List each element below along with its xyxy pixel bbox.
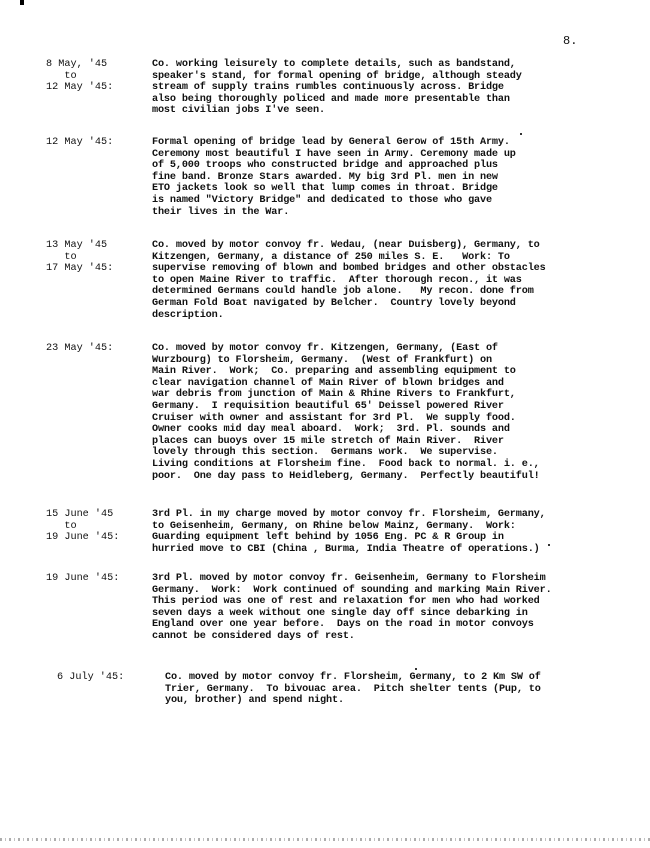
text-line: clear navigation channel of Main River o… xyxy=(152,378,540,390)
text-line: Kitzengen, Germany, a distance of 250 mi… xyxy=(152,252,546,264)
text-line: Germany. I requisition beautiful 65' Dei… xyxy=(152,401,540,413)
text-line: is named "Victory Bridge" and dedicated … xyxy=(152,195,516,207)
text-line: also being thoroughly policed and made m… xyxy=(152,94,522,106)
entry-text: Co. moved by motor convoy fr. Kitzengen,… xyxy=(152,343,540,482)
text-line: Co. moved by motor convoy fr. Wedau, (ne… xyxy=(152,240,546,252)
text-line: This period was one of rest and relaxati… xyxy=(152,596,552,608)
text-line: Cruiser with owner and assistant for 3rd… xyxy=(152,413,540,425)
date-line: 8 May, '45 xyxy=(46,59,113,71)
scan-mark xyxy=(20,0,24,5)
entry-date: 8 May, '45 to12 May '45: xyxy=(46,59,113,94)
text-line: Co. moved by motor convoy fr. Kitzengen,… xyxy=(152,343,540,355)
entry-text: Co. moved by motor convoy fr. Wedau, (ne… xyxy=(152,240,546,321)
text-line: Trier, Germany. To bivouac area. Pitch s… xyxy=(165,684,541,696)
text-line: ETO jackets look so well that lump comes… xyxy=(152,183,516,195)
scan-speck xyxy=(520,133,522,135)
text-line: to Geisenheim, Germany, on Rhine below M… xyxy=(152,521,546,533)
text-line: most civilian jobs I've seen. xyxy=(152,105,522,117)
text-line: hurried move to CBI (China , Burma, Indi… xyxy=(152,544,546,556)
entry-text: Co. working leisurely to complete detail… xyxy=(152,59,522,117)
date-line: 17 May '45: xyxy=(46,263,113,275)
entry-date: 12 May '45: xyxy=(46,137,113,149)
text-line: Co. moved by motor convoy fr. Florsheim,… xyxy=(165,672,541,684)
date-line: 12 May '45: xyxy=(46,82,113,94)
scan-edge-noise xyxy=(0,838,650,841)
entry-date: 6 July '45: xyxy=(57,672,124,684)
text-line: their lives in the War. xyxy=(152,207,516,219)
entry-date: 13 May '45 to17 May '45: xyxy=(46,240,113,275)
page-number: 8. xyxy=(563,34,577,48)
entry-text: Co. moved by motor convoy fr. Florsheim,… xyxy=(165,672,541,707)
text-line: war debris from junction of Main & Rhine… xyxy=(152,389,540,401)
text-line: description. xyxy=(152,310,546,322)
text-line: places can buoys over 15 mile stretch of… xyxy=(152,436,540,448)
text-line: Living conditions at Florsheim fine. Foo… xyxy=(152,459,540,471)
text-line: fine band. Bronze Stars awarded. My big … xyxy=(152,172,516,184)
date-line: 13 May '45 xyxy=(46,240,113,252)
text-line: Co. working leisurely to complete detail… xyxy=(152,59,522,71)
text-line: of 5,000 troops who constructed bridge a… xyxy=(152,160,516,172)
text-line: Wurzbourg) to Florsheim, Germany. (West … xyxy=(152,355,540,367)
text-line: to open Maine River to traffic. After th… xyxy=(152,275,546,287)
text-line: Ceremony most beautiful I have seen in A… xyxy=(152,149,516,161)
date-line: 12 May '45: xyxy=(46,137,113,149)
text-line: poor. One day pass to Heidleberg, German… xyxy=(152,471,540,483)
date-line: 19 June '45: xyxy=(46,532,119,544)
scan-speck xyxy=(415,668,417,670)
text-line: England over one year before. Days on th… xyxy=(152,619,552,631)
date-line: to xyxy=(46,71,113,83)
scan-speck xyxy=(548,544,550,546)
date-line: 15 June '45 xyxy=(46,509,119,521)
text-line: 3rd Pl. in my charge moved by motor conv… xyxy=(152,509,546,521)
entry-date: 23 May '45: xyxy=(46,343,113,355)
text-line: you, brother) and spend night. xyxy=(165,695,541,707)
entry-text: Formal opening of bridge lead by General… xyxy=(152,137,516,218)
date-line: to xyxy=(46,252,113,264)
text-line: Germany. Work: Work continued of soundin… xyxy=(152,585,552,597)
entry-date: 15 June '45 to19 June '45: xyxy=(46,509,119,544)
text-line: 3rd Pl. moved by motor convoy fr. Geisen… xyxy=(152,573,552,585)
text-line: German Fold Boat navigated by Belcher. C… xyxy=(152,298,546,310)
text-line: Main River. Work; Co. preparing and asse… xyxy=(152,366,540,378)
text-line: speaker's stand, for formal opening of b… xyxy=(152,71,522,83)
entry-text: 3rd Pl. in my charge moved by motor conv… xyxy=(152,509,546,555)
entry-date: 19 June '45: xyxy=(46,573,119,585)
text-line: cannot be considered days of rest. xyxy=(152,631,552,643)
text-line: seven days a week without one single day… xyxy=(152,608,552,620)
text-line: lovely through this section. Germans wor… xyxy=(152,447,540,459)
text-line: Owner cooks mid day meal aboard. Work; 3… xyxy=(152,424,540,436)
text-line: supervise removing of blown and bombed b… xyxy=(152,263,546,275)
text-line: Formal opening of bridge lead by General… xyxy=(152,137,516,149)
entry-text: 3rd Pl. moved by motor convoy fr. Geisen… xyxy=(152,573,552,643)
date-line: 6 July '45: xyxy=(57,672,124,684)
date-line: to xyxy=(46,521,119,533)
text-line: determined Germans could handle job alon… xyxy=(152,286,546,298)
date-line: 23 May '45: xyxy=(46,343,113,355)
date-line: 19 June '45: xyxy=(46,573,119,585)
text-line: stream of supply trains rumbles continuo… xyxy=(152,82,522,94)
text-line: Guarding equipment left behind by 1056 E… xyxy=(152,532,546,544)
